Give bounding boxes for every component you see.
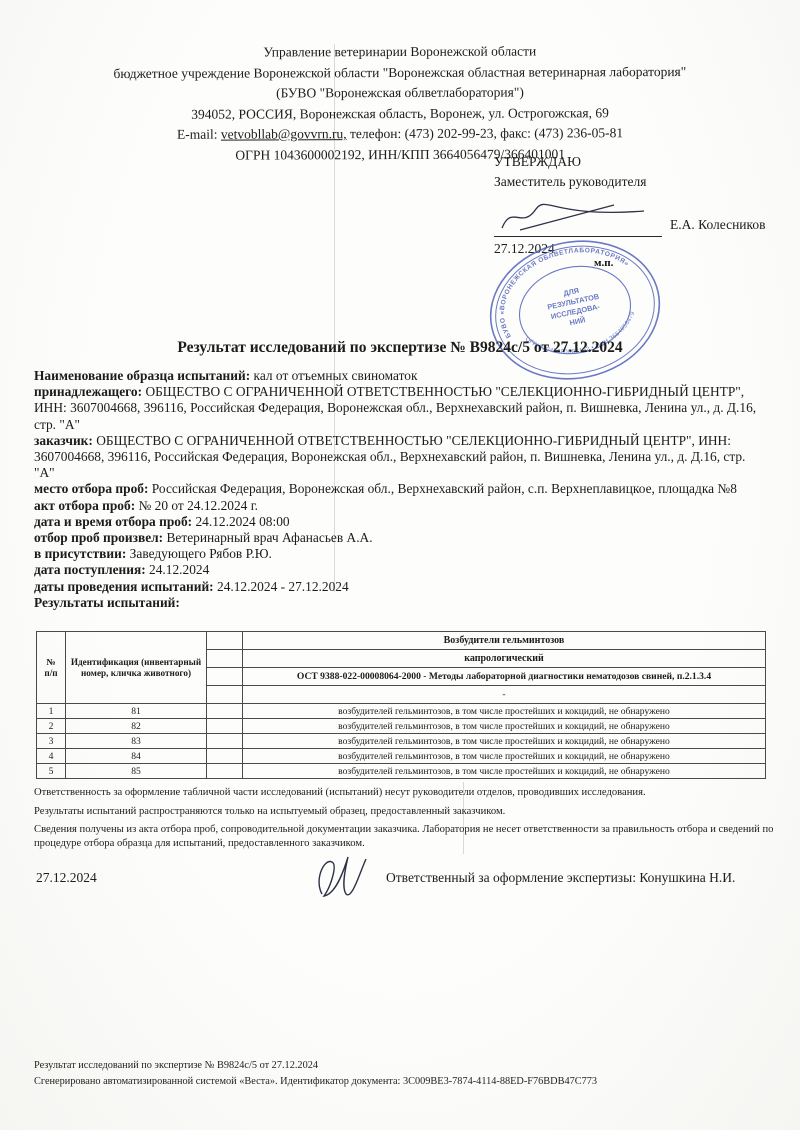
row-spacer-cell <box>207 764 243 779</box>
row-spacer-cell <box>207 704 243 719</box>
col-number-header: № п/п <box>37 632 66 704</box>
org-short-name-line: (БУВО "Воронежская облветлаборатория") <box>50 82 750 105</box>
row-number-cell: 2 <box>37 719 66 734</box>
table-row: 4 84 возбудителей гельминтозов, в том чи… <box>37 749 766 764</box>
organization-header: Управление ветеринарии Воронежской облас… <box>50 41 750 166</box>
field-sampling-act: акт отбора проб: № 20 от 24.12.2024 г. <box>34 498 768 514</box>
row-number-cell: 4 <box>37 749 66 764</box>
field-sampler: отбор проб произвел: Ветеринарный врач А… <box>34 530 768 546</box>
unit-header: - <box>243 686 766 704</box>
field-owner: принадлежащего: ОБЩЕСТВО С ОГРАНИЧЕННОЙ … <box>34 384 768 433</box>
row-result-cell: возбудителей гельминтозов, в том числе п… <box>243 719 766 734</box>
approval-heading: УТВЕРЖДАЮ <box>494 152 774 172</box>
table-row: 2 82 возбудителей гельминтозов, в том чи… <box>37 719 766 734</box>
spacer-header-cell <box>207 668 243 686</box>
note-responsibility: Ответственность за оформление табличной … <box>34 786 774 800</box>
row-spacer-cell <box>207 719 243 734</box>
test-group-header: Возбудители гельминтозов <box>243 632 766 650</box>
phone-fax-text: телефон: (473) 202-99-23, факс: (473) 23… <box>350 125 623 141</box>
standard-header: ОСТ 9388-022-00008064-2000 - Методы лабо… <box>243 668 766 686</box>
field-sampling-datetime: дата и время отбора проб: 24.12.2024 08:… <box>34 514 768 530</box>
spacer-header-cell <box>207 686 243 704</box>
row-id-cell: 82 <box>66 719 207 734</box>
scanned-document-page: Управление ветеринарии Воронежской облас… <box>0 0 800 1130</box>
col-id-header: Идентификация (инвентарный номер, кличка… <box>66 632 207 704</box>
row-spacer-cell <box>207 749 243 764</box>
approver-name: Е.А. Колесников <box>670 215 766 237</box>
row-id-cell: 85 <box>66 764 207 779</box>
field-customer: заказчик: ОБЩЕСТВО С ОГРАНИЧЕННОЙ ОТВЕТС… <box>34 433 768 482</box>
field-received-date: дата поступления: 24.12.2024 <box>34 562 768 578</box>
spacer-header-cell <box>207 650 243 668</box>
row-number-cell: 5 <box>37 764 66 779</box>
table-row: 1 81 возбудителей гельминтозов, в том чи… <box>37 704 766 719</box>
footer-generated-line: Сгенерировано автоматизированной системо… <box>34 1074 774 1090</box>
row-number-cell: 3 <box>37 734 66 749</box>
row-result-cell: возбудителей гельминтозов, в том числе п… <box>243 764 766 779</box>
email-label: E-mail: <box>177 127 218 142</box>
signoff-label: Ответственный за оформление экспертизы: … <box>386 870 735 886</box>
field-test-dates: даты проведения испытаний: 24.12.2024 - … <box>34 579 768 595</box>
org-address-line: 394052, РОССИЯ, Воронежская область, Вор… <box>50 102 750 125</box>
row-result-cell: возбудителей гельминтозов, в том числе п… <box>243 704 766 719</box>
row-number-cell: 1 <box>37 704 66 719</box>
row-result-cell: возбудителей гельминтозов, в том числе п… <box>243 749 766 764</box>
spacer-header-cell <box>207 632 243 650</box>
signoff-date: 27.12.2024 <box>36 870 97 886</box>
row-id-cell: 84 <box>66 749 207 764</box>
field-sample-name: Наименование образца испытаний: кал от о… <box>34 368 768 384</box>
footer-expertise-line: Результат исследований по экспертизе № В… <box>34 1058 774 1074</box>
stamp-center-line: НИЙ <box>569 315 586 327</box>
disclaimer-notes: Ответственность за оформление табличной … <box>34 786 774 855</box>
executor-signature <box>306 852 378 906</box>
email-link: vetvobllab@govvrn.ru, <box>221 126 347 141</box>
sample-fields-block: Наименование образца испытаний: кал от о… <box>34 368 768 611</box>
method-header: капрологический <box>243 650 766 668</box>
row-result-cell: возбудителей гельминтозов, в том числе п… <box>243 734 766 749</box>
document-footer: Результат исследований по экспертизе № В… <box>34 1058 774 1089</box>
document-title: Результат исследований по экспертизе № В… <box>0 339 800 357</box>
org-contacts-line: E-mail: vetvobllab@govvrn.ru, телефон: (… <box>50 123 750 146</box>
approver-position: Заместитель руководителя <box>494 172 774 192</box>
org-name-line: бюджетное учреждение Воронежской области… <box>50 61 750 84</box>
org-authority-line: Управление ветеринарии Воронежской облас… <box>50 41 750 64</box>
note-scope: Результаты испытаний распространяются то… <box>34 805 774 819</box>
results-table: № п/п Идентификация (инвентарный номер, … <box>36 631 766 779</box>
field-witness: в присутствии: Заведующего Рябов Р.Ю. <box>34 546 768 562</box>
row-spacer-cell <box>207 734 243 749</box>
row-id-cell: 83 <box>66 734 207 749</box>
signoff-block: 27.12.2024 Ответственный за оформление э… <box>34 852 774 912</box>
table-row: 3 83 возбудителей гельминтозов, в том чи… <box>37 734 766 749</box>
note-sampling-info: Сведения получены из акта отбора проб, с… <box>34 823 774 850</box>
table-row: 5 85 возбудителей гельминтозов, в том чи… <box>37 764 766 779</box>
row-id-cell: 81 <box>66 704 207 719</box>
field-results-heading: Результаты испытаний: <box>34 595 768 611</box>
field-sampling-place: место отбора проб: Российская Федерация,… <box>34 481 768 497</box>
